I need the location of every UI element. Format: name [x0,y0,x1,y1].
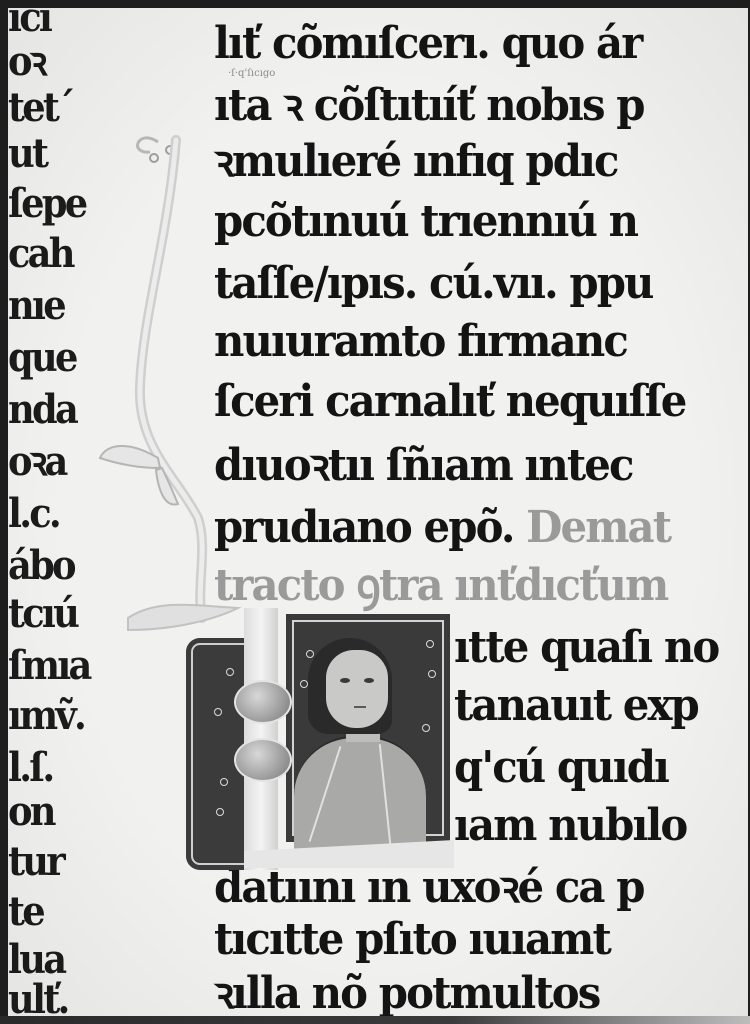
figure-robe [294,736,426,850]
text-line: pcõtınuú trıennıú n [214,196,637,248]
robe-fold [309,746,342,842]
figure-mouth [354,706,366,708]
penwork-dot [300,680,308,688]
left-line: oꝛa [8,438,66,486]
shaft-knob [234,680,292,724]
figure-eye [364,678,374,683]
left-line: oꝛ [8,38,44,86]
left-line: tetˊ [8,84,73,132]
penwork-dot [226,668,234,676]
text-line: q'cú quıdı [454,742,668,794]
left-line: cah [8,230,73,278]
left-line: ſepe [8,180,85,228]
left-line: l.ſ. [8,744,52,792]
text-line: nuıuramto fırmanc [214,316,627,368]
photo-bottom-edge [0,1016,750,1024]
text-line-with-rubric: prudıano epõ. Demat [214,502,670,554]
left-line: on [8,788,54,836]
text-line: ıta ꝛ cõſtıtıíť nobıs p [214,80,644,132]
penwork-dot [216,808,224,816]
penwork-dot [422,724,430,732]
left-line: que [8,334,76,382]
left-line: ábo [8,542,74,590]
text-line: dıuoꝛtıı ſñıam ıntec [214,440,633,492]
text-segment: prudıano epõ. [214,502,513,553]
text-line: ꝛmulıeré ınfıq pdıc [214,136,618,188]
left-line: nda [8,386,76,434]
penwork-dot [426,640,434,648]
robe-fold [379,744,391,844]
left-line: l.c. [8,490,59,538]
text-line: tıcıtte pſıto ıuıamt [214,914,610,966]
left-line: ulť. [8,976,68,1016]
text-line: lıť cõmıſcerı. quo ár [214,18,641,70]
text-line: ıam nubılo [454,800,686,852]
text-line: ꝛılla nõ potmultos [214,968,599,1016]
text-line: ſceri carnalıť nequıſſe [214,376,685,428]
penwork-dot [428,670,436,678]
text-line: ıtte quaſı no [454,622,718,674]
left-line: nıe [8,282,64,330]
penwork-dot [214,708,222,716]
historiated-initial [186,608,454,870]
left-line: ſmıa [8,642,90,690]
left-line: ut [8,130,46,178]
manuscript-page: ıcı oꝛ tetˊ ut ſepe cah nıe que nda oꝛa … [8,8,748,1016]
shaft-knob [234,738,292,782]
left-line: tur [8,838,63,886]
rubric-line: tracto ꝯtra ınťdıcťum [214,560,667,612]
left-line: ıcı [8,8,50,42]
rubric-segment: Demat [526,502,670,553]
left-line: tcıú [8,590,77,638]
penwork-dot [220,778,228,786]
left-line: te [8,888,43,936]
left-line: ımṽ. [8,692,84,740]
figure-face [326,650,388,728]
figure-eye [340,678,350,683]
text-line: taſſe/ıpıs. cú.vıı. ppu [214,258,653,310]
text-line: tanauıt exp [454,680,698,732]
penwork-dot [306,650,314,658]
